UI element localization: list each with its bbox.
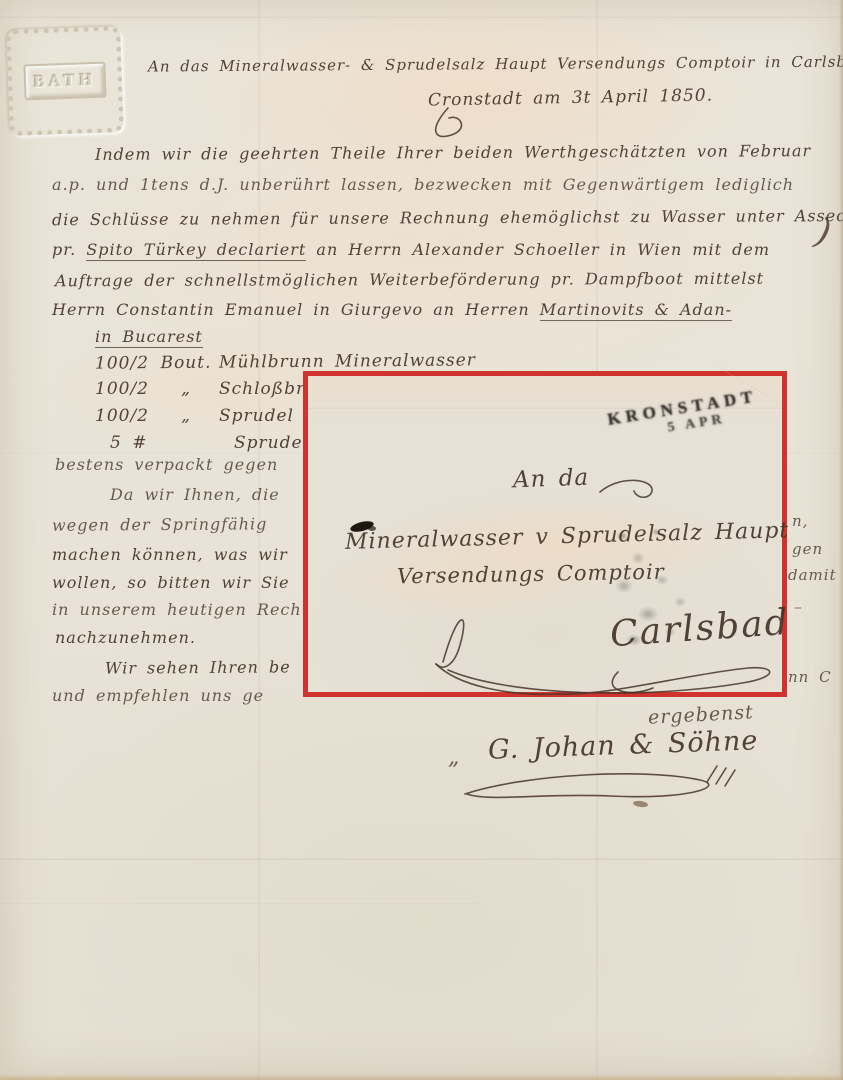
- order-name: Sprudel: [219, 406, 294, 426]
- postmark-stamp: KRONSTADT 5 APR: [606, 386, 761, 445]
- embossed-seal: BATH: [6, 26, 124, 136]
- line-6-pre: Herrn Constantin Emanuel in Giurgevo an …: [52, 300, 540, 319]
- letter-line-16: und empfehlen uns ge: [52, 686, 264, 705]
- letter-line-2: a.p. und 1tens d.J. unberührt lassen, be…: [52, 175, 794, 194]
- letter-line-9: Da wir Ihnen, die: [110, 485, 280, 504]
- order-qty: 100/2: [95, 379, 153, 399]
- letter-line-5: Auftrage der schnellstmöglichen Weiterbe…: [55, 269, 764, 290]
- order-unit: „: [153, 406, 219, 426]
- letter-line-8: bestens verpackt gegen: [55, 455, 278, 474]
- embossed-seal-text: BATH: [33, 70, 97, 91]
- fold-crease-lower: [0, 858, 843, 861]
- highlight-box: KRONSTADT 5 APR An da Mineralwasser v Sp…: [303, 371, 787, 697]
- line-4-post: an Herrn Alexander Schoeller in Wien mit…: [306, 240, 770, 259]
- letter-line-14: nachzunehmen.: [55, 628, 196, 647]
- order-qty: 100/2: [95, 353, 153, 374]
- cover-address-salutation: An da: [513, 465, 590, 494]
- edge-fragment-5: nn C: [788, 668, 832, 686]
- letter-line-6: Herrn Constantin Emanuel in Giurgevo an …: [52, 300, 732, 319]
- letter-line-15: Wir sehen Ihren be: [105, 657, 291, 677]
- line-4-pre: pr.: [52, 240, 86, 259]
- line-7-underlined: in Bucarest: [95, 327, 203, 348]
- embossed-seal-frame: BATH: [23, 62, 107, 101]
- order-name: Mühlbrunn Mineralwasser: [219, 350, 476, 372]
- scan-edge-right: [839, 0, 843, 1080]
- cover-address-line-3: Versendungs Comptoir: [397, 560, 665, 589]
- letter-line-7: in Bucarest: [95, 327, 203, 346]
- fold-crease-lower-2: [0, 902, 480, 905]
- letter-line-13: in unserem heutigen Rech: [52, 600, 302, 619]
- line-6-underlined: Martinovits & Adan-: [540, 300, 732, 321]
- dateline-flourish: [418, 104, 488, 146]
- line-4-underlined: Spito Türkey declariert: [86, 240, 306, 261]
- salutation-flourish: [598, 472, 668, 506]
- letter-line-10: wegen der Springfähig: [52, 514, 267, 535]
- edge-fragment-2: gen: [792, 540, 823, 558]
- order-row-3: 100/2„Sprudel: [95, 406, 294, 426]
- letter-line-12: wollen, so bitten wir Sie: [52, 573, 290, 592]
- order-unit: Bout.: [153, 353, 219, 374]
- order-qty: 100/2: [95, 406, 153, 426]
- signature-paraph: [455, 766, 755, 810]
- order-qty: 5 #: [110, 433, 168, 453]
- letter-line-3: die Schlüsse zu nehmen für unsere Rechnu…: [52, 206, 843, 229]
- letter-line-11: machen können, was wir: [52, 545, 288, 564]
- edge-fragment-1: n,: [792, 512, 808, 530]
- edge-fragment-4: –: [794, 597, 803, 616]
- fold-crease-top: [0, 16, 843, 19]
- edge-fragment-3: damit: [788, 566, 837, 584]
- order-unit: „: [153, 379, 219, 399]
- letter-line-4: pr. Spito Türkey declariert an Herrn Ale…: [52, 240, 770, 259]
- scan-edge-bottom: [0, 1074, 843, 1080]
